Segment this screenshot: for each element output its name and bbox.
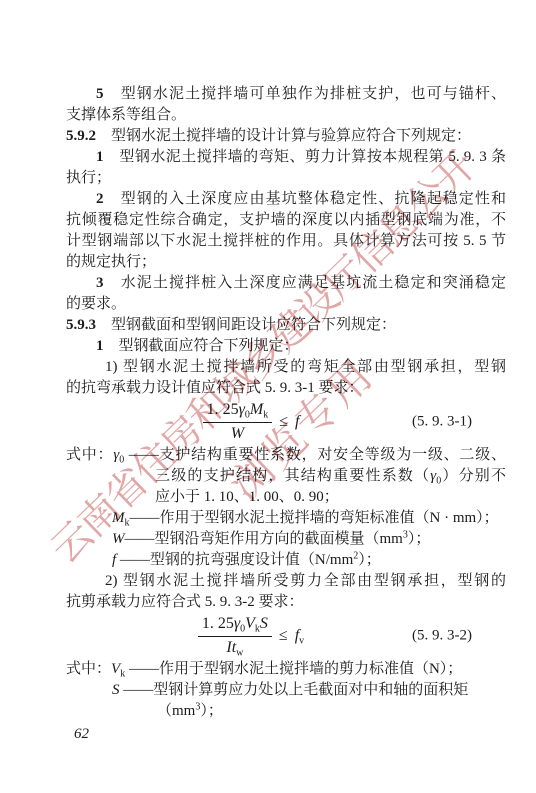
text-line: 三级的支护结构，其结构重要性系数（γ0）分别不	[155, 466, 506, 487]
text-line: 式中：γ0 ——支护结构重要性系数，对安全等级为一级、二级、	[66, 445, 506, 466]
text-line: 的要求。	[66, 294, 506, 315]
text-line: 计型钢端部以下水泥土搅拌桩的作用。具体计算方法可按 5. 5 节	[66, 231, 506, 252]
text-line: 2 型钢的入土深度应由基坑整体稳定性、抗隆起稳定性和	[96, 189, 506, 210]
text-line: S ——型钢计算剪应力处以上毛截面对中和轴的面积矩	[112, 680, 506, 701]
text-line: W——型钢沿弯矩作用方向的截面模量（mm3）；	[112, 529, 506, 550]
fraction: 1. 25γ0Mk W	[203, 401, 273, 443]
equation-math: 1. 25γ0Mk W ≤ f	[203, 401, 300, 443]
text-line: Mk——作用于型钢水泥土搅拌墙的弯矩标准值（N · mm）；	[112, 508, 506, 529]
text-line: 1 型钢截面应符合下列规定：	[96, 336, 506, 357]
body-text-block-3: 式中：Vk ——作用于型钢水泥土搅拌墙的剪力标准值（N）；S ——型钢计算剪应力…	[66, 659, 506, 722]
fraction-numerator: 1. 25γ0Mk	[203, 401, 273, 422]
text-line: 5.9.3 型钢截面和型钢间距设计应符合下列规定：	[66, 315, 506, 336]
page-number: 62	[74, 724, 506, 745]
text-line: 3 水泥土搅拌桩入土深度应满足基坑流土稳定和突涌稳定	[96, 273, 506, 294]
relation-symbol: ≤	[279, 413, 288, 431]
equation-number: (5. 9. 3-2)	[412, 627, 472, 644]
body-text-block-1: 5 型钢水泥土搅拌墙可单独作为排桩支护，也可与锚杆、支撑体系等组合。5.9.2 …	[66, 84, 506, 399]
text-line: 的规定执行；	[66, 252, 506, 273]
equation-number: (5. 9. 3-1)	[412, 413, 472, 430]
text-line: f ——型钢的抗弯强度设计值（N/mm2）；	[112, 550, 506, 571]
document-page: 云南省住房和城乡建设厅信息公开 浏览专用 5 型钢水泥土搅拌墙可单独作为排桩支护…	[0, 0, 536, 793]
relation-symbol: ≤	[279, 627, 288, 645]
equation-5-9-3-1: 1. 25γ0Mk W ≤ f (5. 9. 3-1)	[66, 399, 506, 445]
text-line: 的抗弯承载力设计值应符合式 5. 9. 3-1 要求：	[66, 378, 506, 399]
text-line: 支撑体系等组合。	[66, 105, 506, 126]
equation-5-9-3-2: 1. 25γ0VkS Itw ≤ fv (5. 9. 3-2)	[66, 613, 506, 659]
text-line: 1 型钢水泥土搅拌墙的弯矩、剪力计算按本规程第 5. 9. 3 条	[96, 147, 506, 168]
text-line: （mm3）；	[157, 701, 506, 722]
equation-math: 1. 25γ0VkS Itw ≤ fv	[198, 615, 304, 657]
text-line: 抗倾覆稳定性综合确定，支护墙的深度以内插型钢底端为准，不	[66, 210, 506, 231]
fraction-numerator: 1. 25γ0VkS	[198, 615, 272, 636]
body-text-block-2: 式中：γ0 ——支护结构重要性系数，对安全等级为一级、二级、三级的支护结构，其结…	[66, 445, 506, 613]
text-line: 5 型钢水泥土搅拌墙可单独作为排桩支护，也可与锚杆、	[96, 84, 506, 105]
text-line: 执行；	[66, 168, 506, 189]
page-body: 5 型钢水泥土搅拌墙可单独作为排桩支护，也可与锚杆、支撑体系等组合。5.9.2 …	[66, 84, 506, 745]
equation-rhs: f	[295, 413, 299, 431]
fraction: 1. 25γ0VkS Itw	[198, 615, 272, 657]
text-line: 应小于 1. 10、1. 00、0. 90；	[155, 487, 506, 508]
text-line: 1) 型钢水泥土搅拌墙所受的弯矩全部由型钢承担，型钢	[105, 357, 506, 378]
text-line: 抗剪承载力应符合式 5. 9. 3-2 要求：	[66, 592, 506, 613]
fraction-denominator: Itw	[198, 637, 272, 657]
text-line: 5.9.2 型钢水泥土搅拌墙的设计计算与验算应符合下列规定：	[66, 126, 506, 147]
text-line: 式中：Vk ——作用于型钢水泥土搅拌墙的剪力标准值（N）；	[66, 659, 506, 680]
text-line: 2) 型钢水泥土搅拌墙所受剪力全部由型钢承担，型钢的	[105, 571, 506, 592]
equation-rhs: fv	[295, 627, 304, 645]
fraction-denominator: W	[203, 423, 273, 443]
